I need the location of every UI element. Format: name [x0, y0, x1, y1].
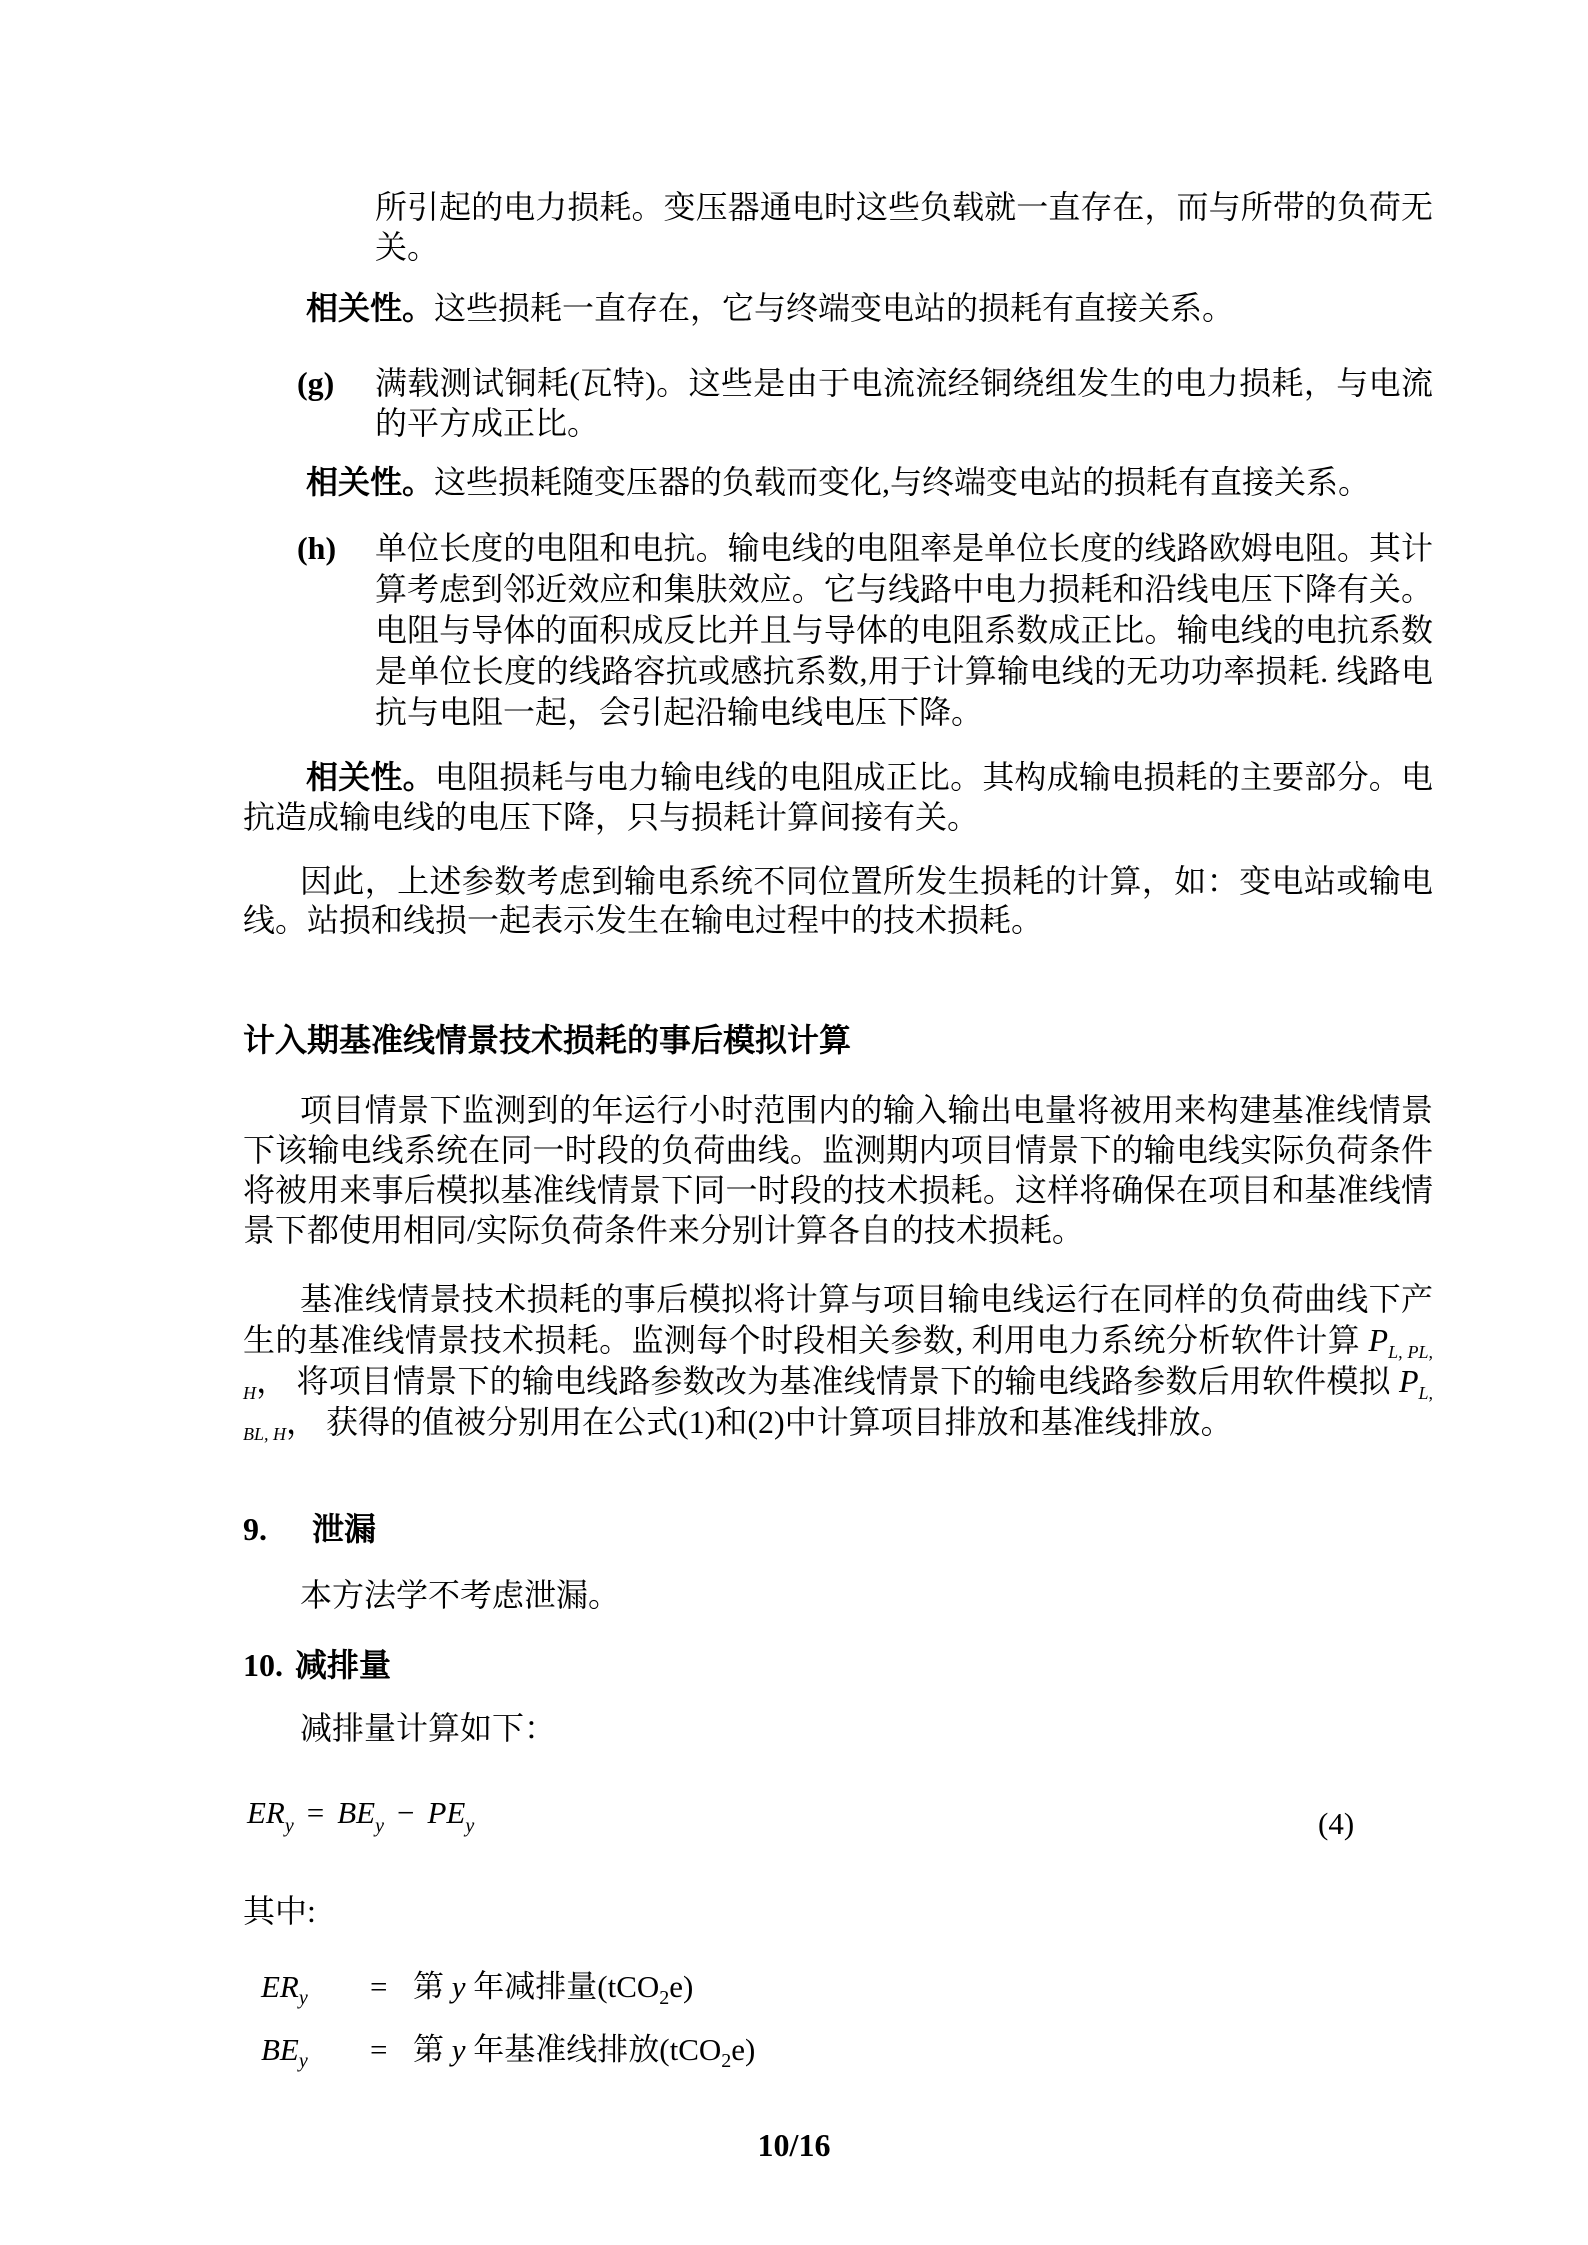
definition-row-be: BEy = 第 y 年基准线排放(tCO2e) [243, 2030, 1433, 2070]
equation-term-be-subscript: y [375, 1815, 384, 1837]
expost-text-segment: ， 获得的值被分别用在公式(1)和(2)中计算项目排放和基准线排放。 [286, 1404, 1233, 1440]
relevance-label: 相关性。 [306, 290, 434, 326]
definition-equals: = [370, 2030, 387, 2070]
definition-description: 第 y 年减排量(tCO2e) [413, 1967, 693, 2007]
relevance-paragraph-3: 相关性。电阻损耗与电力输电线的电阻成正比。其构成输电损耗的主要部分。电抗造成输电… [243, 757, 1433, 837]
paragraph-leakage: 本方法学不考虑泄漏。 [243, 1575, 1433, 1615]
relevance-paragraph-2: 相关性。这些损耗随变压器的负载而变化,与终端变电站的损耗有直接关系。 [243, 462, 1433, 502]
definition-symbol: ERy [261, 1967, 308, 2007]
relevance-text: 这些损耗一直存在，它与终端变电站的损耗有直接关系。 [434, 290, 1234, 326]
desc-variable: y [452, 1969, 466, 2004]
heading-emission-reductions: 10.减排量 [243, 1645, 391, 1685]
desc-text: 第 [413, 1969, 452, 2004]
symbol-base: BE [261, 2032, 299, 2067]
where-label: 其中: [243, 1891, 316, 1931]
list-item-h-text: 单位长度的电阻和电抗。输电线的电阻率是单位长度的线路欧姆电阻。其计算考虑到邻近效… [375, 530, 1433, 730]
expost-text-segment: 基准线情景技术损耗的事后模拟将计算与项目输电线运行在同样的负荷曲线下产生的基准线… [243, 1281, 1433, 1358]
equation-lhs-subscript: y [285, 1815, 294, 1837]
heading-leakage: 9.泄漏 [243, 1509, 376, 1549]
math-base: P [1369, 1322, 1389, 1358]
definition-description: 第 y 年基准线排放(tCO2e) [413, 2030, 755, 2070]
equation-lhs: ER [247, 1795, 285, 1830]
relevance-paragraph-1: 相关性。这些损耗一直存在，它与终端变电站的损耗有直接关系。 [243, 288, 1433, 328]
desc-text: e) [669, 1969, 693, 2004]
section-heading-expost-simulation: 计入期基准线情景技术损耗的事后模拟计算 [243, 1020, 851, 1060]
equation-4: ERy=BEy−PEy [247, 1793, 474, 1833]
definition-row-er: ERy = 第 y 年减排量(tCO2e) [243, 1967, 1433, 2007]
equation-term-pe-subscript: y [465, 1815, 474, 1837]
math-base: P [1399, 1363, 1419, 1399]
definition-equals: = [370, 1967, 387, 2007]
paragraph-therefore: 因此，上述参数考虑到输电系统不同位置所发生损耗的计算，如：变电站或输电线。站损和… [243, 862, 1433, 940]
paragraph-er-intro: 减排量计算如下： [243, 1708, 1433, 1748]
list-item-continuation-text: 所引起的电力损耗。变压器通电时这些负载就一直存在，而与所带的负荷无关。 [375, 187, 1433, 267]
desc-text: 第 [413, 2032, 452, 2067]
equation-number: (4) [1318, 1804, 1354, 1844]
equation-term-be: BE [337, 1795, 375, 1830]
desc-subscript: 2 [659, 1987, 669, 2009]
list-item-h-marker: (h) [297, 528, 336, 569]
relevance-label: 相关性。 [306, 464, 434, 500]
desc-variable: y [452, 2032, 466, 2067]
equals-sign: = [307, 1795, 324, 1830]
equation-term-pe: PE [428, 1795, 466, 1830]
symbol-subscript: y [299, 1987, 308, 2009]
list-item-h: (h)单位长度的电阻和电抗。输电线的电阻率是单位长度的线路欧姆电阻。其计算考虑到… [243, 528, 1433, 733]
expost-text-segment: ， 将项目情景下的输电线路参数改为基准线情景下的输电线路参数后用软件模拟 [256, 1363, 1399, 1399]
desc-text: 年基准线排放(tCO [466, 2032, 722, 2067]
relevance-label: 相关性。 [306, 759, 435, 795]
heading-emission-reductions-title: 减排量 [295, 1647, 391, 1683]
desc-text: 年减排量(tCO [466, 1969, 660, 2004]
list-item-g: (g)满载测试铜耗(瓦特)。这些是由于电流流经铜绕组发生的电力损耗，与电流的平方… [243, 363, 1433, 443]
paragraph-monitoring: 项目情景下监测到的年运行小时范围内的输入输出电量将被用来构建基准线情景下该输电线… [243, 1090, 1433, 1250]
relevance-text: 这些损耗随变压器的负载而变化,与终端变电站的损耗有直接关系。 [434, 464, 1370, 500]
desc-subscript: 2 [721, 2050, 731, 2072]
heading-emission-reductions-number: 10. [243, 1647, 283, 1683]
desc-text: e) [731, 2032, 755, 2067]
paragraph-expost-simulation: 基准线情景技术损耗的事后模拟将计算与项目输电线运行在同样的负荷曲线下产生的基准线… [243, 1279, 1433, 1443]
document-page: 所引起的电力损耗。变压器通电时这些负载就一直存在，而与所带的负荷无关。 相关性。… [0, 0, 1588, 2245]
definitions-list: ERy = 第 y 年减排量(tCO2e) BEy = 第 y 年基准线排放(t… [243, 1967, 1433, 2093]
heading-leakage-number: 9. [243, 1511, 267, 1547]
symbol-base: ER [261, 1969, 299, 2004]
minus-sign: − [397, 1795, 414, 1830]
list-item-g-text: 满载测试铜耗(瓦特)。这些是由于电流流经铜绕组发生的电力损耗，与电流的平方成正比… [375, 365, 1433, 441]
page-number: 10/16 [0, 2125, 1588, 2165]
definition-symbol: BEy [261, 2030, 308, 2070]
list-item-g-marker: (g) [297, 363, 334, 403]
heading-leakage-title: 泄漏 [312, 1511, 376, 1547]
symbol-subscript: y [299, 2050, 308, 2072]
